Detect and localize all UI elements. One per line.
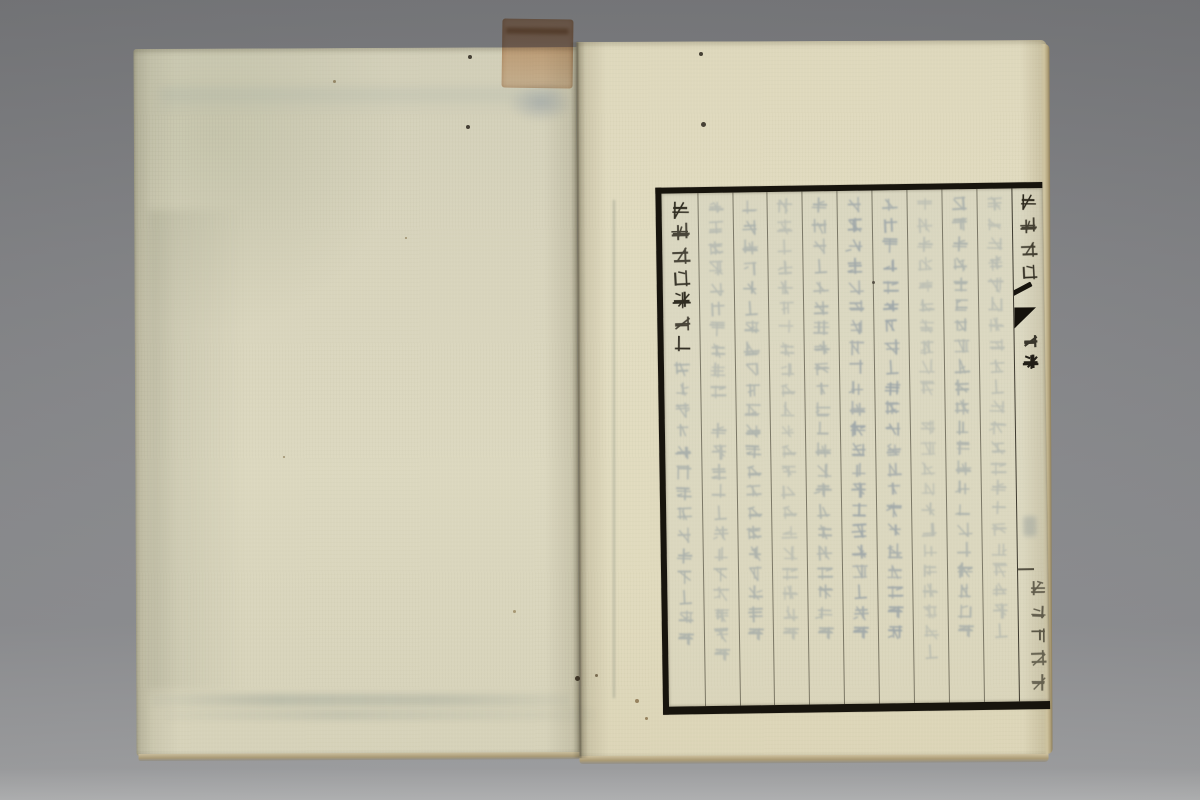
glyph xyxy=(955,520,973,538)
glyph xyxy=(745,462,763,480)
glyph xyxy=(850,522,868,540)
glyph xyxy=(713,646,731,664)
glyph xyxy=(778,340,796,358)
glyph xyxy=(985,194,1003,212)
glyph xyxy=(673,381,691,399)
glyph xyxy=(1021,353,1038,370)
glyph xyxy=(742,238,760,256)
glyph xyxy=(952,296,970,314)
glyph xyxy=(775,197,793,215)
center-gutter xyxy=(569,42,588,758)
worm-hole-speck xyxy=(466,125,470,129)
glyph xyxy=(675,526,693,544)
worm-hole-speck xyxy=(701,122,706,127)
glyph xyxy=(1028,649,1047,668)
glyph xyxy=(990,520,1008,538)
glyph xyxy=(986,214,1004,232)
glyph xyxy=(812,298,830,316)
glyph xyxy=(779,401,797,419)
glyph xyxy=(780,523,798,541)
glyph xyxy=(712,544,730,562)
glyph xyxy=(674,401,692,419)
glyph xyxy=(776,217,794,235)
glyph xyxy=(951,235,969,253)
glyph xyxy=(990,499,1008,517)
glyph xyxy=(707,259,725,277)
glyph xyxy=(743,320,761,338)
banxin-title xyxy=(1012,190,1043,284)
glyph xyxy=(881,236,899,254)
worm-hole-speck xyxy=(645,717,648,720)
glyph xyxy=(920,500,938,518)
glyph xyxy=(1029,577,1048,596)
glyph xyxy=(886,582,904,600)
glyph xyxy=(954,459,972,477)
glyph xyxy=(676,568,694,586)
glyph xyxy=(710,463,728,481)
glyph xyxy=(669,199,690,220)
glyph xyxy=(922,602,940,620)
glyph xyxy=(919,419,937,437)
glyph xyxy=(814,461,832,479)
glyph xyxy=(989,418,1007,436)
glyph xyxy=(1018,216,1037,235)
repair-patch xyxy=(502,19,574,89)
glyph xyxy=(991,540,1009,558)
glyph xyxy=(847,318,865,336)
glyph xyxy=(709,381,727,399)
glyph xyxy=(887,603,905,621)
glyph xyxy=(812,319,830,337)
glyph xyxy=(777,319,795,337)
glyph xyxy=(713,605,731,623)
glyph xyxy=(817,604,835,622)
glyph xyxy=(991,560,1009,578)
glyph xyxy=(813,400,831,418)
worm-hole-speck xyxy=(699,52,703,56)
glyph xyxy=(813,380,831,398)
glyph xyxy=(671,312,692,333)
glyph xyxy=(711,524,729,542)
glyph xyxy=(883,379,901,397)
banxin-ink-slash xyxy=(1012,282,1032,299)
glyph xyxy=(811,217,829,235)
end-of-volume-text xyxy=(661,193,699,357)
glyph xyxy=(1028,625,1047,644)
glyph xyxy=(851,583,869,601)
glyph xyxy=(782,625,800,643)
glyph xyxy=(747,584,765,602)
glyph xyxy=(742,259,760,277)
glyph xyxy=(745,442,763,460)
photo-background xyxy=(0,0,1200,800)
glyph xyxy=(956,541,974,559)
text-frame xyxy=(655,182,1050,715)
worm-hole-speck xyxy=(405,237,407,239)
glyph xyxy=(988,377,1006,395)
glyph xyxy=(921,562,939,580)
fishtail-mark xyxy=(1014,307,1036,328)
glyph xyxy=(991,581,1009,599)
glyph xyxy=(712,585,730,603)
glyph xyxy=(710,402,728,420)
glyph xyxy=(987,296,1005,314)
glyph xyxy=(674,422,692,440)
glyph xyxy=(916,215,934,233)
glyph xyxy=(677,630,695,648)
worm-hole-speck xyxy=(468,55,472,59)
glyph xyxy=(1028,673,1047,692)
glyph xyxy=(992,601,1010,619)
glyph xyxy=(815,522,833,540)
glyph xyxy=(953,398,971,416)
glyph xyxy=(670,244,691,265)
right-page xyxy=(576,40,1049,758)
glyph xyxy=(957,622,975,640)
glyph xyxy=(778,380,796,398)
glyph xyxy=(779,462,797,480)
glyph xyxy=(850,481,868,499)
glyph xyxy=(848,338,866,356)
glyph xyxy=(989,438,1007,456)
glyph xyxy=(989,459,1007,477)
glyph xyxy=(777,299,795,317)
glyph xyxy=(953,337,971,355)
glyph xyxy=(677,609,695,627)
glyph xyxy=(742,279,760,297)
glyph xyxy=(746,523,764,541)
glyph xyxy=(885,521,903,539)
glyph xyxy=(918,399,936,417)
glyph xyxy=(918,358,936,376)
worm-hole-speck xyxy=(872,281,875,284)
glyph xyxy=(779,421,797,439)
glyph xyxy=(952,276,970,294)
glyph xyxy=(953,378,971,396)
worm-hole-speck xyxy=(575,676,580,681)
glyph xyxy=(710,442,728,460)
glyph xyxy=(816,543,834,561)
glyph xyxy=(1019,262,1038,281)
glyph xyxy=(988,357,1006,375)
glyph xyxy=(883,399,901,417)
glyph xyxy=(676,588,694,606)
glyph xyxy=(747,605,765,623)
glyph xyxy=(919,439,937,457)
glyph xyxy=(953,357,971,375)
glyph xyxy=(746,503,764,521)
glyph xyxy=(743,340,761,358)
glyph xyxy=(883,358,901,376)
glyph xyxy=(884,440,902,458)
glyph xyxy=(882,277,900,295)
glyph xyxy=(990,479,1008,497)
glyph xyxy=(954,439,972,457)
glyph xyxy=(886,562,904,580)
glyph xyxy=(741,197,759,215)
left-page xyxy=(133,47,579,756)
glyph xyxy=(709,341,727,359)
glyph xyxy=(675,505,693,523)
glyph xyxy=(850,501,868,519)
glyph xyxy=(986,235,1004,253)
glyph xyxy=(813,339,831,357)
glyph xyxy=(992,622,1010,640)
glyph xyxy=(1019,239,1038,258)
glyph xyxy=(811,257,829,275)
glyph xyxy=(987,275,1005,293)
glyph xyxy=(673,360,691,378)
glyph xyxy=(885,501,903,519)
bleedthrough-column xyxy=(664,356,704,649)
glyph xyxy=(778,360,796,378)
glyph xyxy=(1021,332,1038,349)
glyph xyxy=(746,564,764,582)
glyph xyxy=(708,320,726,338)
glyph xyxy=(745,483,763,501)
glyph xyxy=(815,482,833,500)
glyph xyxy=(776,238,794,256)
glyph xyxy=(747,625,765,643)
glyph xyxy=(711,483,729,501)
glyph xyxy=(988,398,1006,416)
glyph xyxy=(671,335,692,356)
glyph xyxy=(921,582,939,600)
glyph xyxy=(884,460,902,478)
glyph xyxy=(780,482,798,500)
glyph xyxy=(887,623,905,641)
worm-hole-speck xyxy=(595,674,598,677)
glyph xyxy=(713,626,731,644)
glyph xyxy=(988,336,1006,354)
glyph xyxy=(849,461,867,479)
glyph xyxy=(817,624,835,642)
glyph xyxy=(670,289,691,310)
glyph xyxy=(744,422,762,440)
glyph xyxy=(708,300,726,318)
glyph xyxy=(782,604,800,622)
glyph xyxy=(951,215,969,233)
glyph xyxy=(881,256,899,274)
glyph xyxy=(711,504,729,522)
glyph xyxy=(956,581,974,599)
glyph xyxy=(922,643,940,661)
glyph xyxy=(780,502,798,520)
glyph xyxy=(815,502,833,520)
glyph xyxy=(812,278,830,296)
glyph xyxy=(777,278,795,296)
glyph xyxy=(957,602,975,620)
glyph xyxy=(849,440,867,458)
glyph xyxy=(669,222,690,243)
book-spread xyxy=(133,40,1049,760)
glyph xyxy=(676,547,694,565)
glyph xyxy=(852,624,870,642)
glyph xyxy=(781,564,799,582)
publisher-colophon xyxy=(1023,574,1050,695)
glyph xyxy=(712,565,730,583)
glyph xyxy=(847,277,865,295)
glyph xyxy=(743,360,761,378)
glyph xyxy=(950,194,968,212)
glyph xyxy=(811,237,829,255)
worm-hole-speck xyxy=(513,610,516,613)
glyph xyxy=(674,464,692,482)
glyph xyxy=(708,279,726,297)
glyph xyxy=(920,480,938,498)
glyph xyxy=(886,542,904,560)
glyph xyxy=(746,544,764,562)
glyph xyxy=(884,419,902,437)
glyph xyxy=(851,563,869,581)
glyph xyxy=(918,378,936,396)
glyph xyxy=(916,236,934,254)
glyph xyxy=(707,218,725,236)
glyph xyxy=(848,379,866,397)
glyph xyxy=(847,298,865,316)
glyph xyxy=(816,583,834,601)
glyph xyxy=(674,443,692,461)
glyph xyxy=(813,359,831,377)
glyph xyxy=(986,255,1004,273)
glyph xyxy=(882,297,900,315)
glyph xyxy=(744,401,762,419)
glyph xyxy=(846,216,864,234)
glyph xyxy=(675,484,693,502)
glyph xyxy=(779,441,797,459)
glyph xyxy=(781,543,799,561)
glyph xyxy=(918,337,936,355)
glyph xyxy=(814,441,832,459)
glyph xyxy=(1029,601,1048,620)
glyph xyxy=(706,198,724,216)
glyph xyxy=(670,267,691,288)
glyph xyxy=(741,218,759,236)
glyph xyxy=(885,481,903,499)
glyph xyxy=(917,276,935,294)
glyph xyxy=(846,237,864,255)
glyph xyxy=(851,542,869,560)
worm-hole-speck xyxy=(635,699,639,703)
glyph xyxy=(952,317,970,335)
glyph xyxy=(707,239,725,257)
glyph xyxy=(951,255,969,273)
glyph xyxy=(916,256,934,274)
glyph xyxy=(810,196,828,214)
glyph xyxy=(744,381,762,399)
glyph xyxy=(956,561,974,579)
glyph xyxy=(880,195,898,213)
glyph xyxy=(852,603,870,621)
glyph xyxy=(776,258,794,276)
glyph xyxy=(922,623,940,641)
glyph xyxy=(881,216,899,234)
glyph xyxy=(848,359,866,377)
glyph xyxy=(846,257,864,275)
banxin-volume xyxy=(1014,330,1045,372)
glyph xyxy=(954,418,972,436)
glyph xyxy=(814,420,832,438)
glyph xyxy=(915,195,933,213)
glyph xyxy=(710,422,728,440)
glyph xyxy=(781,584,799,602)
glyph xyxy=(883,338,901,356)
glyph xyxy=(921,541,939,559)
glyph xyxy=(987,316,1005,334)
worm-hole-speck xyxy=(333,80,336,83)
glyph xyxy=(849,420,867,438)
glyph xyxy=(882,318,900,336)
banxin-divider-rule xyxy=(1018,568,1034,570)
glyph xyxy=(848,400,866,418)
glyph xyxy=(742,299,760,317)
glyph xyxy=(955,500,973,518)
glyph xyxy=(816,563,834,581)
banxin-bleedthrough-smudge xyxy=(1023,516,1036,536)
glyph xyxy=(919,460,937,478)
glyph xyxy=(709,361,727,379)
glyph xyxy=(917,297,935,315)
glyph xyxy=(845,196,863,214)
glyph xyxy=(1018,192,1037,211)
worm-hole-speck xyxy=(283,456,285,458)
glyph xyxy=(955,480,973,498)
glyph xyxy=(917,317,935,335)
glyph xyxy=(920,521,938,539)
